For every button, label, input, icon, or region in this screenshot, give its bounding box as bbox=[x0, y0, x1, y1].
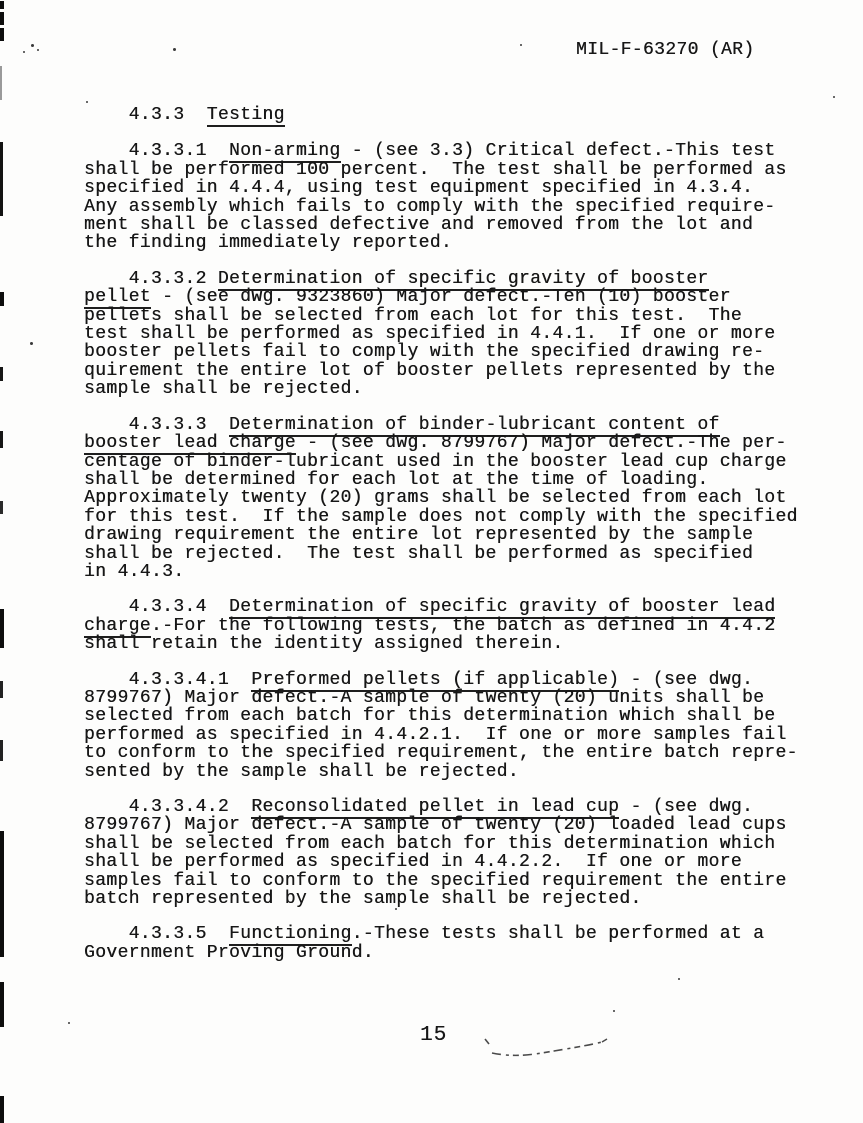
text-line: pellet - (see dwg. 9323860) Major defect… bbox=[84, 288, 834, 306]
text-segment: shall be determined for each lot at the … bbox=[84, 470, 709, 490]
scan-speck bbox=[833, 96, 835, 98]
scan-edge-mark bbox=[0, 66, 2, 100]
text-segment: shall retain the identity assigned there… bbox=[84, 634, 564, 654]
para-4-3-3-4-2: 4.3.3.4.2 Reconsolidated pellet in lead … bbox=[84, 798, 834, 908]
text-segment: - (see dwg. bbox=[619, 670, 753, 690]
scan-edge-mark bbox=[0, 982, 4, 1027]
page-number: 15 bbox=[420, 1024, 447, 1047]
text-line: 4.3.3 Testing bbox=[84, 106, 834, 124]
scan-edge-mark bbox=[0, 367, 3, 381]
text-line: 4.3.3.4 Determination of specific gravit… bbox=[84, 598, 834, 616]
text-line: booster lead charge - (see dwg. 8799767)… bbox=[84, 434, 834, 452]
text-line: test shall be performed as specified in … bbox=[84, 325, 834, 343]
text-segment: 4.3.3.3 bbox=[84, 415, 229, 435]
text-segment: batch represented by the sample shall be… bbox=[84, 889, 642, 909]
text-line: Government Proving Ground. bbox=[84, 944, 834, 962]
scan-speck bbox=[68, 1022, 70, 1024]
text-segment: centage of binder-lubricant used in the … bbox=[84, 452, 787, 472]
underlined-text: Testing bbox=[207, 105, 285, 127]
text-line: 4.3.3.2 Determination of specific gravit… bbox=[84, 270, 834, 288]
text-segment: 8799767) Major defect.-A sample of twent… bbox=[84, 815, 787, 835]
text-segment: sented by the sample shall be rejected. bbox=[84, 762, 519, 782]
scan-edge-mark bbox=[0, 1, 4, 9]
document-id-header: MIL-F-63270 (AR) bbox=[576, 41, 754, 59]
text-line: 4.3.3.5 Functioning.-These tests shall b… bbox=[84, 925, 834, 943]
text-segment: 8799767) Major defect.-A sample of twent… bbox=[84, 688, 764, 708]
text-line: 4.3.3.1 Non-arming - (see 3.3) Critical … bbox=[84, 142, 834, 160]
text-segment: 4.3.3.2 bbox=[84, 269, 218, 289]
scan-edge-mark bbox=[0, 740, 3, 761]
text-segment: ment shall be classed defective and remo… bbox=[84, 215, 753, 235]
text-line: samples fail to conform to the specified… bbox=[84, 872, 834, 890]
text-segment: 4.3.3.4.1 bbox=[84, 670, 251, 690]
page: MIL-F-63270 (AR) 4.3.3 Testing 4.3.3.1 N… bbox=[0, 0, 863, 1123]
text-line: shall be rejected. The test shall be per… bbox=[84, 545, 834, 563]
heading-4-3-3: 4.3.3 Testing bbox=[84, 106, 834, 124]
scan-edge-mark bbox=[0, 142, 3, 216]
text-segment: booster pellets fail to comply with the … bbox=[84, 342, 764, 362]
text-line: shall be performed as specified in 4.4.2… bbox=[84, 853, 834, 871]
text-line: shall be selected from each batch for th… bbox=[84, 835, 834, 853]
text-line: sented by the sample shall be rejected. bbox=[84, 763, 834, 781]
text-segment: 4.3.3.5 bbox=[84, 924, 229, 944]
text-line: 4.3.3.4.2 Reconsolidated pellet in lead … bbox=[84, 798, 834, 816]
document-body: 4.3.3 Testing 4.3.3.1 Non-arming - (see … bbox=[84, 106, 834, 979]
text-segment: in 4.4.3. bbox=[84, 562, 184, 582]
text-segment: shall be performed 100 percent. The test… bbox=[84, 160, 787, 180]
scan-edge-mark bbox=[0, 28, 4, 41]
scan-edge-mark bbox=[0, 831, 4, 957]
scan-edge-mark bbox=[0, 431, 3, 448]
scan-speck bbox=[37, 49, 39, 51]
text-segment: Government Proving Ground. bbox=[84, 943, 374, 963]
text-line: Approximately twenty (20) grams shall be… bbox=[84, 489, 834, 507]
text-line: selected from each batch for this determ… bbox=[84, 707, 834, 725]
text-line: the finding immediately reported. bbox=[84, 234, 834, 252]
scan-speck bbox=[395, 908, 397, 910]
text-segment: pellets shall be selected from each lot … bbox=[84, 306, 742, 326]
text-segment: .-These tests shall be performed at a bbox=[352, 924, 765, 944]
text-line: 8799767) Major defect.-A sample of twent… bbox=[84, 816, 834, 834]
text-line: ment shall be classed defective and remo… bbox=[84, 216, 834, 234]
text-segment: 4.3.3 bbox=[84, 105, 207, 125]
para-4-3-3-1: 4.3.3.1 Non-arming - (see 3.3) Critical … bbox=[84, 142, 834, 252]
text-segment: test shall be performed as specified in … bbox=[84, 324, 775, 344]
text-segment: to conform to the specified requirement,… bbox=[84, 743, 798, 763]
scan-speck bbox=[678, 978, 680, 980]
text-segment: shall be selected from each batch for th… bbox=[84, 834, 775, 854]
text-line: sample shall be rejected. bbox=[84, 380, 834, 398]
text-segment: Approximately twenty (20) grams shall be… bbox=[84, 488, 787, 508]
scan-speck bbox=[31, 44, 34, 47]
scan-edge-mark bbox=[0, 609, 4, 648]
text-line: batch represented by the sample shall be… bbox=[84, 890, 834, 908]
text-segment: drawing requirement the entire lot repre… bbox=[84, 525, 753, 545]
scan-speck bbox=[86, 101, 88, 103]
scan-speck bbox=[30, 342, 33, 345]
text-line: charge.-For the following tests, the bat… bbox=[84, 617, 834, 635]
para-4-3-3-4: 4.3.3.4 Determination of specific gravit… bbox=[84, 598, 834, 653]
text-line: for this test. If the sample does not co… bbox=[84, 508, 834, 526]
scan-edge-mark bbox=[0, 501, 3, 514]
para-4-3-3-5: 4.3.3.5 Functioning.-These tests shall b… bbox=[84, 925, 834, 962]
scan-edge-mark bbox=[0, 681, 3, 698]
para-4-3-3-2: 4.3.3.2 Determination of specific gravit… bbox=[84, 270, 834, 399]
scan-edge-mark bbox=[0, 12, 4, 25]
text-segment: 4.3.3.4 bbox=[84, 597, 229, 617]
para-4-3-3-4-1: 4.3.3.4.1 Preformed pellets (if applicab… bbox=[84, 671, 834, 781]
text-line: shall retain the identity assigned there… bbox=[84, 635, 834, 653]
text-line: pellets shall be selected from each lot … bbox=[84, 307, 834, 325]
text-line: Any assembly which fails to comply with … bbox=[84, 198, 834, 216]
text-line: in 4.4.3. bbox=[84, 563, 834, 581]
text-segment: samples fail to conform to the specified… bbox=[84, 871, 787, 891]
text-segment: - (see dwg. 8799767) Major defect.-The p… bbox=[296, 433, 787, 453]
text-line: centage of binder-lubricant used in the … bbox=[84, 453, 834, 471]
text-segment: 4.3.3.1 bbox=[84, 141, 229, 161]
para-4-3-3-3: 4.3.3.3 Determination of binder-lubrican… bbox=[84, 416, 834, 582]
text-segment: 4.3.3.4.2 bbox=[84, 797, 251, 817]
text-line: 4.3.3.4.1 Preformed pellets (if applicab… bbox=[84, 671, 834, 689]
text-segment: specified in 4.4.4, using test equipment… bbox=[84, 178, 753, 198]
text-line: to conform to the specified requirement,… bbox=[84, 744, 834, 762]
scan-speck bbox=[613, 1010, 615, 1012]
text-segment: the finding immediately reported. bbox=[84, 233, 452, 253]
scan-speck bbox=[520, 44, 522, 46]
text-line: quirement the entire lot of booster pell… bbox=[84, 362, 834, 380]
text-line: shall be performed 100 percent. The test… bbox=[84, 161, 834, 179]
text-line: shall be determined for each lot at the … bbox=[84, 471, 834, 489]
text-line: performed as specified in 4.4.2.1. If on… bbox=[84, 726, 834, 744]
text-segment: shall be performed as specified in 4.4.2… bbox=[84, 852, 742, 872]
text-line: 8799767) Major defect.-A sample of twent… bbox=[84, 689, 834, 707]
scan-edge-mark bbox=[0, 1096, 4, 1123]
scan-speck bbox=[173, 48, 176, 51]
text-segment: - (see dwg. bbox=[619, 797, 753, 817]
text-line: 4.3.3.3 Determination of binder-lubrican… bbox=[84, 416, 834, 434]
text-segment: .-For the following tests, the batch as … bbox=[151, 616, 776, 636]
text-line: specified in 4.4.4, using test equipment… bbox=[84, 179, 834, 197]
text-segment: Any assembly which fails to comply with … bbox=[84, 197, 775, 217]
pencil-scribble-mark bbox=[478, 1033, 613, 1059]
text-line: booster pellets fail to comply with the … bbox=[84, 343, 834, 361]
text-segment: for this test. If the sample does not co… bbox=[84, 507, 798, 527]
text-segment: shall be rejected. The test shall be per… bbox=[84, 544, 753, 564]
text-segment: quirement the entire lot of booster pell… bbox=[84, 361, 775, 381]
scan-edge-mark bbox=[0, 292, 4, 306]
text-segment: - (see 3.3) Critical defect.-This test bbox=[341, 141, 776, 161]
text-segment: selected from each batch for this determ… bbox=[84, 706, 775, 726]
text-segment: sample shall be rejected. bbox=[84, 379, 363, 399]
scan-speck bbox=[23, 51, 25, 53]
text-segment: - (see dwg. 9323860) Major defect.-Ten (… bbox=[151, 287, 731, 307]
text-segment: performed as specified in 4.4.2.1. If on… bbox=[84, 725, 787, 745]
text-line: drawing requirement the entire lot repre… bbox=[84, 526, 834, 544]
